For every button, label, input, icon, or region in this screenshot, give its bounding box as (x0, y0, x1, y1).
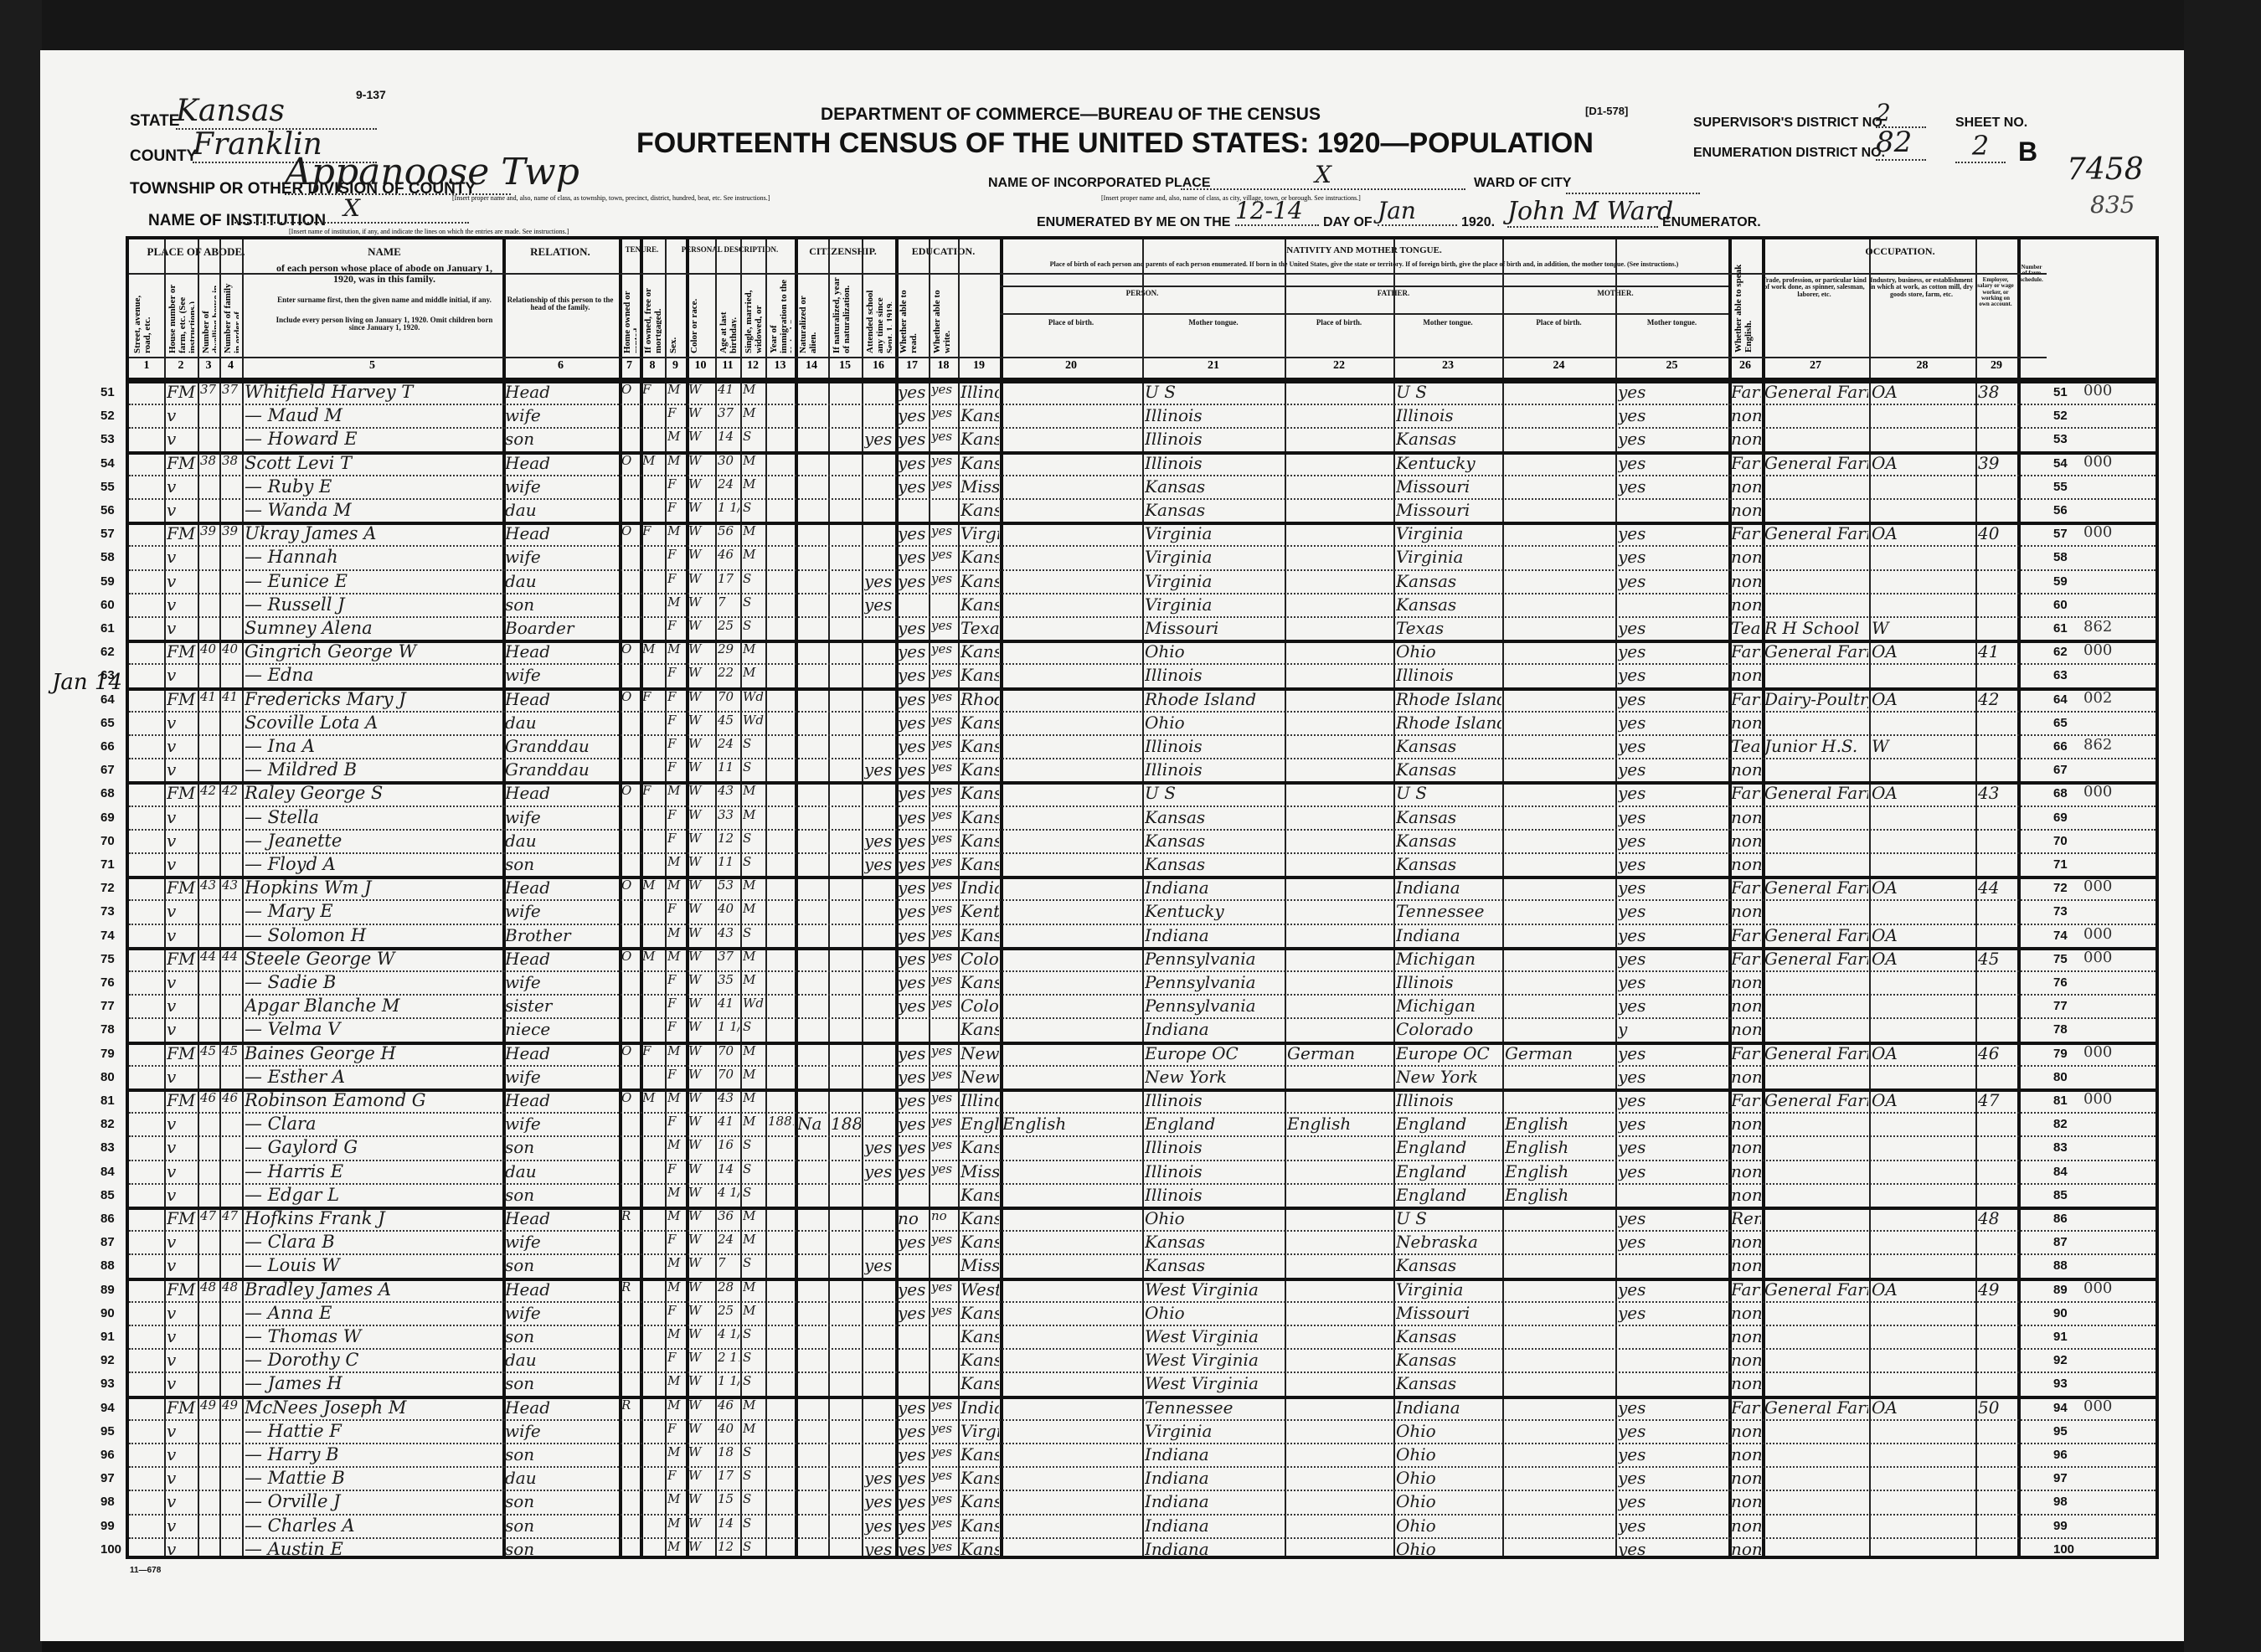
cell-house: v (167, 901, 197, 921)
cell-eng: yes (1618, 1444, 1728, 1464)
line-number-left: 96 (100, 1448, 115, 1462)
cell-age: 12 (718, 831, 739, 846)
cell-family: 45 (222, 1043, 241, 1058)
cell-mpob: Virginia (1396, 523, 1501, 543)
cell-emp: OA (1872, 1043, 1975, 1063)
cell-pob: Kansas (961, 1208, 999, 1228)
cell-marital: M (743, 476, 765, 491)
form-code: [D1-578] (1585, 105, 1628, 117)
cell-marital: S (743, 1255, 765, 1270)
cell-school: yes (864, 1255, 894, 1275)
cell-read: yes (898, 854, 928, 874)
cell-home: R (621, 1208, 639, 1223)
line-number-right: 67 (2053, 763, 2068, 777)
cell-read: yes (898, 429, 928, 449)
sheet-label: SHEET NO. (1955, 116, 2027, 131)
cell-fpob: Virginia (1145, 547, 1284, 567)
cell-relation: Head (505, 949, 618, 969)
cell-eng: yes (1618, 689, 1728, 709)
cell-write: yes (931, 547, 957, 562)
cell-relation: son (505, 1326, 618, 1346)
line-number-right: 90 (2053, 1306, 2068, 1320)
cell-industry: General Farm (1764, 1397, 1868, 1418)
cell-relation: wife (505, 547, 618, 567)
cell-marital: S (743, 1373, 765, 1388)
cell-mmt: English (1505, 1137, 1615, 1157)
cell-relation: son (505, 854, 618, 874)
line-number-left: 75 (100, 952, 115, 966)
cell-marital: S (743, 500, 765, 515)
cell-race: W (688, 1137, 714, 1152)
cell-marital: Wd (743, 713, 765, 728)
cell-industry: General Farm (1764, 453, 1868, 473)
cell-eng: yes (1618, 1137, 1728, 1157)
cell-read: yes (898, 665, 928, 685)
education-header: EDUCATION. (895, 246, 991, 257)
margin-code: 000 (2083, 783, 2112, 800)
cell-pob: New York (961, 1043, 999, 1063)
cell-age: 40 (718, 901, 739, 916)
cell-pob: Virginia (961, 1421, 999, 1441)
cell-write: yes (931, 689, 957, 704)
cell-sex: M (667, 1185, 685, 1200)
cell-age: 7 (718, 1255, 739, 1270)
enumerator-value: John M Ward (1507, 197, 1658, 228)
cell-pob: Virginia (961, 523, 999, 543)
table-row: FM3939Ukray James AHeadOFMW56MyesyesVirg… (129, 522, 2047, 545)
cell-fpob: Pennsylvania (1145, 996, 1284, 1016)
cell-eng: yes (1618, 618, 1728, 638)
vertical-header-c18: Whether able to write. (932, 276, 955, 353)
cell-read: yes (898, 759, 928, 780)
cell-house: v (167, 807, 197, 827)
cell-name: — Howard E (245, 429, 502, 449)
cell-write: yes (931, 925, 957, 940)
cell-age: 17 (718, 571, 739, 586)
cell-name: Hofkins Frank J (245, 1208, 502, 1228)
cell-sex: M (667, 1090, 685, 1105)
cell-pob: Kansas (961, 1137, 999, 1157)
cell-name: — Dorothy C (245, 1350, 502, 1370)
cell-name: — Velma V (245, 1019, 502, 1039)
cell-sex: F (667, 689, 685, 704)
cell-school: yes (864, 1516, 894, 1536)
cell-read: yes (898, 783, 928, 803)
cell-read: yes (898, 1114, 928, 1134)
cell-age: 2 11/12 (718, 1350, 739, 1365)
cell-mpob: Colorado (1396, 1019, 1501, 1039)
margin-code: 862 (2083, 618, 2112, 636)
cell-pob: Kansas (961, 1516, 999, 1536)
cell-pob: Kansas (961, 547, 999, 567)
cell-mpob: Kansas (1396, 831, 1501, 851)
cell-pob: Kansas (961, 1373, 999, 1393)
cell-house: v (167, 1539, 197, 1559)
line-number-right: 95 (2053, 1424, 2068, 1438)
cell-trade: none (1731, 1516, 1761, 1536)
cell-age: 22 (718, 665, 739, 680)
cell-home: R (621, 1279, 639, 1294)
cell-race: W (688, 571, 714, 586)
cell-name: — Edgar L (245, 1185, 502, 1205)
cell-sex: F (667, 901, 685, 916)
cell-marital: S (743, 1516, 765, 1531)
cell-name: Robinson Eamond G (245, 1090, 502, 1110)
column-number: 28 (1869, 359, 1975, 373)
header-rule (129, 273, 2047, 275)
cell-race: W (688, 547, 714, 562)
form-footer-code: 11—678 (130, 1566, 161, 1575)
cell-home: O (621, 1043, 639, 1058)
cell-home: R (621, 1397, 639, 1413)
table-row: v— Mattie BdauFW17SyesyesyesKansasIndian… (129, 1466, 2047, 1490)
column-number: 23 (1393, 359, 1502, 373)
cell-nat: Na (797, 1114, 827, 1134)
cell-age: 53 (718, 877, 739, 893)
cell-eng: yes (1618, 1491, 1728, 1511)
cell-read: yes (898, 689, 928, 709)
cell-fpob: Kansas (1145, 476, 1284, 497)
cell-write: no (931, 1208, 957, 1223)
cell-trade: none (1731, 1019, 1761, 1039)
vertical-header-c4: Number of family in order of visitation. (223, 276, 239, 353)
cell-house: v (167, 972, 197, 992)
cell-race: W (688, 759, 714, 775)
cell-name: — Thomas W (245, 1326, 502, 1346)
cell-trade: none (1731, 1326, 1761, 1346)
line-number-right: 74 (2053, 929, 2068, 943)
cell-eng: yes (1618, 1303, 1728, 1323)
margin-stamp-1: 7458 (2067, 152, 2144, 187)
cell-eng: yes (1618, 1232, 1728, 1252)
cell-house: v (167, 429, 197, 449)
cell-read: yes (898, 1397, 928, 1418)
line-number-left: 82 (100, 1117, 115, 1131)
line-number-right: 91 (2053, 1330, 2068, 1344)
cell-race: W (688, 1491, 714, 1506)
table-row: FM4343Hopkins Wm JHeadOMMW53MyesyesIndia… (129, 876, 2047, 899)
cell-read: yes (898, 618, 928, 638)
table-row: vScoville Lota AdauFW45WdyesyesKansasOhi… (129, 711, 2047, 734)
cell-trade: none (1731, 665, 1761, 685)
cell-fpob: Missouri (1145, 618, 1284, 638)
cell-relation: son (505, 1373, 618, 1393)
cell-house: v (167, 476, 197, 497)
ed-label: ENUMERATION DISTRICT NO. (1693, 146, 1885, 161)
cell-race: W (688, 453, 714, 468)
cell-sex: M (667, 1491, 685, 1506)
cell-age: 14 (718, 429, 739, 444)
cell-eng: yes (1618, 476, 1728, 497)
cell-trade: none (1731, 713, 1761, 733)
cell-farm: 48 (1978, 1208, 2016, 1228)
cell-name: Whitfield Harvey T (245, 382, 502, 402)
vertical-header-c13: Year of immigration to the United States… (769, 276, 791, 353)
cell-marital: M (743, 901, 765, 916)
line-number-left: 71 (100, 857, 115, 872)
cell-pob: Rhode Island (961, 689, 999, 709)
cell-house: FM (167, 949, 197, 969)
cell-eng: yes (1618, 453, 1728, 473)
cell-pob: Kansas (961, 831, 999, 851)
cell-age: 14 (718, 1161, 739, 1176)
cell-house: v (167, 831, 197, 851)
cell-fpob: Indiana (1145, 1516, 1284, 1536)
line-number-right: 61 (2053, 621, 2068, 636)
cell-trade: Farmer (1731, 877, 1761, 898)
sheet-side: B (2018, 136, 2037, 167)
nativity-description: Place of birth of each person and parent… (1000, 261, 1728, 268)
cell-family: 42 (222, 783, 241, 798)
cell-pob: Kansas (961, 1232, 999, 1252)
form-number: 9-137 (356, 88, 386, 101)
cell-sex: F (667, 713, 685, 728)
table-row: FM4848Bradley James AHeadRMW28MyesyesWes… (129, 1278, 2047, 1301)
cell-pob: Kansas (961, 1444, 999, 1464)
cell-mpob: Kansas (1396, 759, 1501, 780)
cell-house: v (167, 1303, 197, 1323)
line-number-right: 92 (2053, 1353, 2068, 1367)
table-row: v— Ina AGranddauFW24SyesyesKansasIllinoi… (129, 734, 2047, 758)
cell-relation: wife (505, 972, 618, 992)
cell-race: W (688, 618, 714, 633)
occupation-header: OCCUPATION. (1762, 246, 2038, 257)
cell-write: yes (931, 476, 957, 491)
cell-dwelling: 47 (200, 1208, 219, 1223)
line-number-left: 56 (100, 503, 115, 517)
cell-relation: Head (505, 641, 618, 661)
cell-name: McNees Joseph M (245, 1397, 502, 1418)
cell-fpob: Virginia (1145, 1421, 1284, 1441)
cell-industry: General Farm (1764, 523, 1868, 543)
cell-pob: Illinois (961, 1090, 999, 1110)
cell-pob: Kansas (961, 1326, 999, 1346)
cell-eng: yes (1618, 854, 1728, 874)
cell-relation: son (505, 1491, 618, 1511)
table-row: v— Harris EdauFW14SyesyesyesMissouriIlli… (129, 1160, 2047, 1183)
cell-house: v (167, 1421, 197, 1441)
cell-trade: none (1731, 972, 1761, 992)
cell-dwelling: 40 (200, 641, 219, 656)
cell-mpob: Missouri (1396, 500, 1501, 520)
cell-fpob: Kansas (1145, 807, 1284, 827)
cell-sex: F (667, 547, 685, 562)
cell-eng: yes (1618, 759, 1728, 780)
table-row: FM4444Steele George WHeadOMMW37MyesyesCo… (129, 947, 2047, 970)
cell-trade: none (1731, 1491, 1761, 1511)
ed-value: 82 (1876, 126, 1926, 161)
industry-header: Industry, business, or establishment in … (1869, 277, 1974, 298)
cell-relation: Head (505, 783, 618, 803)
cell-marital: S (743, 925, 765, 940)
column-number: 22 (1285, 359, 1393, 373)
cell-school: yes (864, 854, 894, 874)
line-number-right: 73 (2053, 904, 2068, 919)
cell-pob: Kansas (961, 1350, 999, 1370)
cell-read: yes (898, 1491, 928, 1511)
cell-race: W (688, 1208, 714, 1223)
cell-race: W (688, 1043, 714, 1058)
cell-write: yes (931, 1161, 957, 1176)
cell-sex: M (667, 1043, 685, 1058)
cell-read: yes (898, 831, 928, 851)
cell-eng: yes (1618, 382, 1728, 402)
cell-race: W (688, 925, 714, 940)
cell-sex: M (667, 1208, 685, 1223)
cell-fpob: Ohio (1145, 1208, 1284, 1228)
cell-pob: Kansas (961, 1019, 999, 1039)
line-number-left: 98 (100, 1495, 115, 1509)
cell-marital: S (743, 759, 765, 775)
cell-name: — Jeanette (245, 831, 502, 851)
cell-pob: Kentucky (961, 901, 999, 921)
column-number: 6 (502, 359, 619, 373)
cell-family: 46 (222, 1090, 241, 1105)
cell-name: — Russell J (245, 594, 502, 615)
cell-write: yes (931, 1468, 957, 1483)
table-row: v— Wanda MdauFW1 1/12SKansasKansasMissou… (129, 498, 2047, 522)
cell-fpob: Virginia (1145, 571, 1284, 591)
cell-farm: 47 (1978, 1090, 2016, 1110)
cell-race: W (688, 1090, 714, 1105)
line-number-left: 74 (100, 929, 115, 943)
cell-fmt: German (1287, 1043, 1393, 1063)
cell-marital: M (743, 523, 765, 538)
cell-pob: Kansas (961, 783, 999, 803)
cell-pob: Kansas (961, 665, 999, 685)
cell-house: FM (167, 1090, 197, 1110)
column-number: 1 (129, 359, 164, 373)
cell-fpob: Kansas (1145, 1232, 1284, 1252)
cell-mpob: U S (1396, 1208, 1501, 1228)
cell-name: — Maud M (245, 405, 502, 425)
cell-age: 43 (718, 1090, 739, 1105)
cell-marital: M (743, 1208, 765, 1223)
sheet-value: 2 (1955, 130, 2006, 163)
margin-code: 000 (2083, 877, 2112, 895)
table-row: v— Howard EsonMW14SyesyesyesKansasIllino… (129, 427, 2047, 450)
table-row: v— EdnawifeFW22MyesyesKansasIllinoisIlli… (129, 663, 2047, 687)
cell-age: 11 (718, 854, 739, 869)
cell-read: yes (898, 901, 928, 921)
cell-sex: M (667, 854, 685, 869)
cell-write: yes (931, 1279, 957, 1294)
cell-mpob: Rhode Island (1396, 689, 1501, 709)
cell-read: yes (898, 547, 928, 567)
cell-mpob: Texas (1396, 618, 1501, 638)
cell-age: 28 (718, 1279, 739, 1294)
cell-trade: none (1731, 1137, 1761, 1157)
cell-free: M (642, 949, 664, 964)
citizenship-header: CITIZENSHIP. (795, 246, 891, 257)
cell-mpob: Kentucky (1396, 453, 1501, 473)
cell-trade: none (1731, 1444, 1761, 1464)
margin-code: 000 (2083, 1397, 2112, 1415)
cell-trade: Farmer (1731, 783, 1761, 803)
vertical-header-c2: House number or farm, etc. (See instruct… (167, 276, 194, 353)
cell-emp: OA (1872, 1397, 1975, 1418)
cell-farm: 49 (1978, 1279, 2016, 1299)
cell-marital: M (743, 1114, 765, 1129)
cell-relation: wife (505, 1421, 618, 1441)
cell-race: W (688, 382, 714, 397)
cell-age: 41 (718, 382, 739, 397)
column-number: 19 (958, 359, 1000, 373)
cell-relation: son (505, 1539, 618, 1559)
cell-pob: Kansas (961, 405, 999, 425)
cell-age: 7 (718, 594, 739, 610)
cell-mpob: Indiana (1396, 925, 1501, 945)
table-row: v— ClarawifeFW41M1881Na1885yesyesEngland… (129, 1112, 2047, 1135)
cell-house: FM (167, 877, 197, 898)
cell-sex: F (667, 405, 685, 420)
cell-mpob: Missouri (1396, 476, 1501, 497)
cell-pob: Kansas (961, 1468, 999, 1488)
line-number-right: 60 (2053, 598, 2068, 612)
cell-trade: none (1731, 854, 1761, 874)
cell-marital: M (743, 1421, 765, 1436)
cell-read: yes (898, 1161, 928, 1181)
county-label: COUNTY (130, 147, 197, 166)
cell-fmt: English (1287, 1114, 1393, 1134)
cell-fpob: Illinois (1145, 665, 1284, 685)
line-number-right: 80 (2053, 1070, 2068, 1084)
cell-read: yes (898, 925, 928, 945)
cell-school: yes (864, 1539, 894, 1559)
cell-dwelling: 48 (200, 1279, 219, 1294)
cell-pob: Missouri (961, 1255, 999, 1275)
table-row: v— Mary EwifeFW40MyesyesKentuckyKentucky… (129, 899, 2047, 923)
cell-write: yes (931, 1067, 957, 1082)
cell-name: Hopkins Wm J (245, 877, 502, 898)
cell-eng: yes (1618, 713, 1728, 733)
cell-eng: yes (1618, 949, 1728, 969)
cell-mmt: English (1505, 1161, 1615, 1181)
cell-eng: yes (1618, 925, 1728, 945)
cell-house: v (167, 594, 197, 615)
table-row: v— Anna EwifeFW25MyesyesKansasOhioMissou… (129, 1301, 2047, 1325)
cell-read: yes (898, 736, 928, 756)
line-number-right: 76 (2053, 975, 2068, 990)
cell-marital: M (743, 405, 765, 420)
cell-race: W (688, 1161, 714, 1176)
line-number-right: 69 (2053, 811, 2068, 825)
table-row: FM4141Fredericks Mary JHeadOFFW70Wdyesye… (129, 687, 2047, 711)
cell-relation: Brother (505, 925, 618, 945)
cell-write: yes (931, 807, 957, 822)
table-row: FM4646Robinson Eamond GHeadOMMW43Myesyes… (129, 1088, 2047, 1112)
cell-pob: Kansas (961, 925, 999, 945)
cell-school: yes (864, 594, 894, 615)
cell-emp: OA (1872, 689, 1975, 709)
cell-relation: wife (505, 476, 618, 497)
cell-write: yes (931, 405, 957, 420)
cell-marital: S (743, 1137, 765, 1152)
cell-house: v (167, 618, 197, 638)
table-row: FM4242Raley George SHeadOFMW43MyesyesKan… (129, 781, 2047, 805)
cell-fpob: New York (1145, 1067, 1284, 1087)
cell-fpob: U S (1145, 783, 1284, 803)
cell-age: 24 (718, 736, 739, 751)
line-number-left: 93 (100, 1377, 115, 1391)
cell-dwelling: 41 (200, 689, 219, 704)
cell-race: W (688, 429, 714, 444)
cell-age: 41 (718, 996, 739, 1011)
cell-sex: F (667, 1067, 685, 1082)
table-row: v— Floyd AsonMW11SyesyesyesKansasKansasK… (129, 852, 2047, 876)
cell-house: FM (167, 1279, 197, 1299)
cell-marital: Wd (743, 996, 765, 1011)
